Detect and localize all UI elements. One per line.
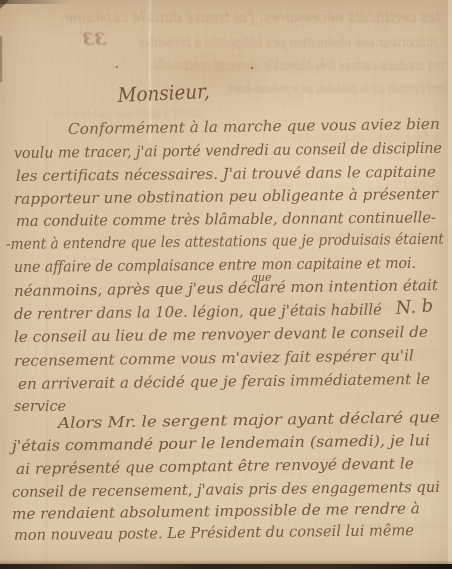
margin-mark: N. b — [394, 295, 434, 319]
letter-line-p1-5: ma conduite comme très blâmable, donnant… — [16, 208, 436, 230]
salutation: Monsieur, — [116, 79, 210, 107]
letter-line-p1-4: rapporteur une obstination peu obligeant… — [14, 185, 439, 208]
paper-bottom-edge — [0, 564, 452, 569]
letter-line-p1-12: en arriverait a décidé que je ferais imm… — [18, 370, 430, 393]
bleedthrough-line: rapporteur une obstination peu obligeant… — [137, 35, 438, 51]
letter-line-p1-9: de rentrer dans la 10e. légion, que j'ét… — [14, 301, 382, 323]
bleedthrough-line: ma conduite comme très blâmable, donnant… — [149, 58, 444, 74]
letter-line-p2-2: j'étais commandé pour le lendemain (same… — [9, 431, 431, 455]
letter-line-p1-8: néanmoins, après que j'eus déclaré mon i… — [14, 276, 439, 300]
letter-line-p1-10: le conseil au lieu de me renvoyer devant… — [14, 323, 428, 346]
letter-line-p2-3: ai représenté que comptant être renvoyé … — [16, 454, 414, 478]
letter-line-p2-4: conseil de recensement, j'avais pris des… — [12, 478, 440, 501]
letter-page: les certificats nécessaires. J'ai trouvé… — [0, 0, 452, 569]
letter-line-p1-11: recensement comme vous m'aviez fait espé… — [14, 346, 414, 370]
letter-line-p1-2: voulu me tracer, j'ai porté vendredi au … — [14, 139, 442, 162]
bleedthrough-line: les certificats nécessaires. J'ai trouvé… — [65, 10, 440, 26]
stray-ink-dot — [116, 66, 118, 68]
bleedthrough-line: -ment à entendre que les attestations qu… — [227, 81, 447, 97]
stray-ink-dot — [251, 67, 253, 69]
letter-line-p1-13: service — [14, 397, 66, 415]
letter-line-p1-6: -ment à entendre que les attestations qu… — [6, 230, 445, 253]
letter-line-p2-6: mon nouveau poste. Le Président du conse… — [14, 521, 414, 544]
letter-line-p1-7: une affaire de complaisance entre mon ca… — [14, 254, 416, 276]
bleedthrough-page-number: 33 — [82, 30, 106, 50]
handwriting-layer: les certificats nécessaires. J'ai trouvé… — [0, 0, 452, 569]
